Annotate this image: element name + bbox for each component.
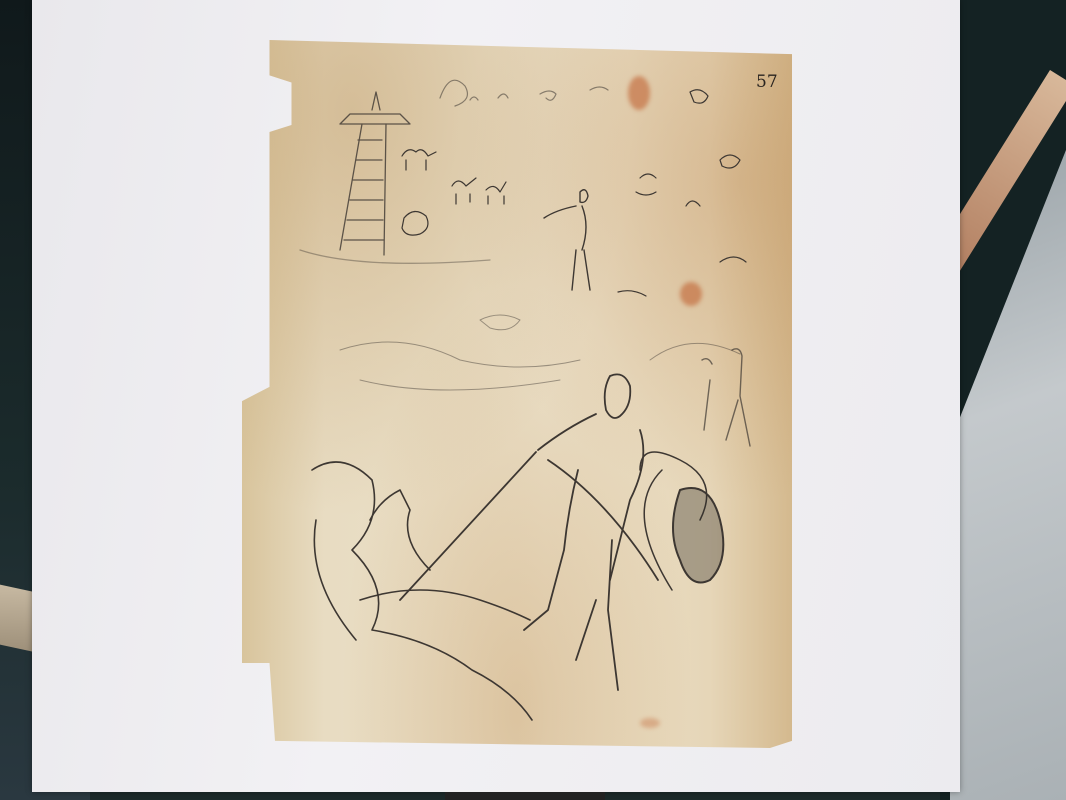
top-scribble	[440, 80, 608, 106]
right-shaded-form-sketch	[673, 488, 723, 583]
pencil-sketches	[0, 0, 1066, 800]
standing-figure-sketch	[544, 190, 590, 290]
background-bottom-object	[445, 792, 605, 800]
distant-figures-sketch	[702, 349, 750, 446]
central-figure-sketch	[400, 374, 707, 690]
left-abstract-form-sketch	[312, 462, 532, 720]
tower-sketch	[300, 92, 490, 263]
landscape-hatching	[340, 315, 740, 390]
